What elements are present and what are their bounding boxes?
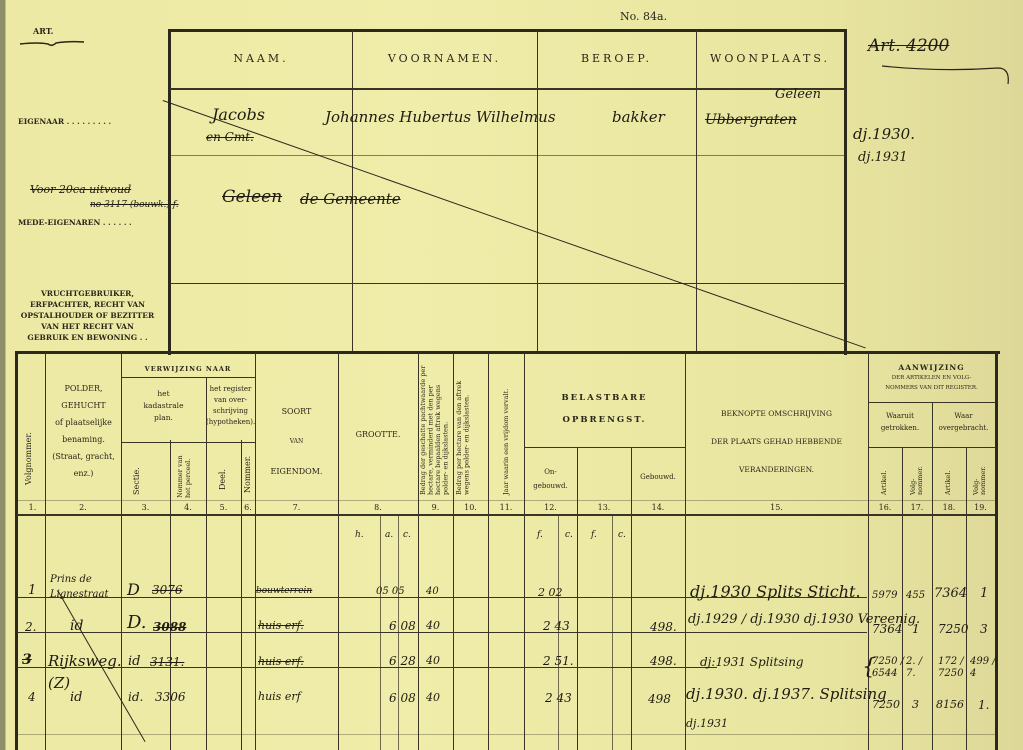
row1-soort: bouwterrein xyxy=(256,586,312,596)
col-artikel-16: Artikel. xyxy=(880,460,888,495)
col-volgnommer-19: Volg-nommer. xyxy=(973,455,989,495)
aanw-line-3: NOMMERS VAN DIT REGISTER. xyxy=(868,383,995,393)
vruchtgebruiker-label: VRUCHTGEBRUIKER, ERFPACHTER, RECHT VAN O… xyxy=(10,288,165,343)
aanw-r1-vn19: 1 xyxy=(980,586,988,601)
eigenaar-label: EIGENAAR . . . . . . . . . xyxy=(18,117,111,126)
row2-sectie: D. xyxy=(127,612,147,633)
waaruit-line-2: getrokken. xyxy=(868,422,932,434)
aanw-r3-vn19: 499 / 4 xyxy=(970,656,996,680)
aanw-r3-art18: 172 / 7250 xyxy=(938,656,968,680)
change-1: dj.1930 Splits Sticht. xyxy=(690,582,861,601)
register-page: ART. No. 84a. Art. 4200 dj.1930. dj.1931… xyxy=(0,0,1023,750)
owner-voornamen: Johannes Hubertus Wilhelmus xyxy=(325,108,556,126)
colnum-2: 2. xyxy=(45,503,121,512)
polder-line-3: of plaatselijke xyxy=(46,414,121,431)
row2-grootte-c: 40 xyxy=(426,619,440,632)
margin-article-note: Art. 4200 xyxy=(868,36,949,56)
omschr-line-3: VERANDERINGEN. xyxy=(685,456,868,484)
row1-nommer: 3076 xyxy=(152,583,183,597)
waar-line-1: Waar xyxy=(932,410,995,422)
col-vrijdom: Jaar waarin een vrijdom vervalt. xyxy=(502,365,510,495)
colnum-1: 1. xyxy=(20,503,45,512)
polder-line-2: GEHUCHT xyxy=(46,397,121,414)
mede-eigenaren-label: MEDE-EIGENAREN . . . . . . xyxy=(18,218,132,227)
row4-ongebouwd: 2 43 xyxy=(545,691,572,705)
row4-volg: 4 xyxy=(28,690,36,704)
row2-ongebouwd: 2 43 xyxy=(543,619,570,633)
unit-c1: c. xyxy=(565,530,573,540)
polder-line-6: enz.) xyxy=(46,465,121,482)
unit-h: h. xyxy=(355,530,364,540)
unit-f2: f. xyxy=(591,530,597,540)
aanwijzing-header: AANWIJZING DER ARTIKELEN EN VOLG- NOMMER… xyxy=(868,363,995,393)
mede-naam-struck: Geleen xyxy=(222,187,282,207)
col-soort-eigendom: SOORT VAN EIGENDOM. xyxy=(255,397,338,487)
row3-plaats: Rijksweg. (Z) xyxy=(48,650,123,694)
row2-soort: huis erf. xyxy=(258,619,304,632)
row1-volg: 1 xyxy=(28,583,36,598)
reg-line-3: schrijving xyxy=(206,406,255,417)
header-beroep: BEROEP. xyxy=(537,52,696,65)
col-polder: POLDER, GEHUCHT of plaatselijke benaming… xyxy=(46,380,121,482)
row2-nommer: 3088 xyxy=(153,620,186,634)
margin-date-1930: dj.1930. xyxy=(853,125,915,143)
verwijzing-naar: VERWIJZING NAAR xyxy=(121,365,255,373)
row3-ongebouwd: 2 51. xyxy=(543,654,574,668)
waar-overgebracht: Waar overgebracht. xyxy=(932,410,995,434)
belast-line-1: BELASTBARE xyxy=(524,387,685,409)
polder-line-5: (Straat, gracht, xyxy=(46,448,121,465)
reg-line-2: van over- xyxy=(206,395,255,406)
aanw-line-1: AANWIJZING xyxy=(868,363,995,373)
belastbare-opbrengst: BELASTBARE OPBRENGST. xyxy=(524,387,685,431)
aanw-r4-vn17: 3 xyxy=(912,698,919,711)
change-5: dj.1931 xyxy=(686,717,728,730)
margin-date-1931: dj.1931 xyxy=(858,150,908,165)
colnum-5: 5. xyxy=(206,503,241,512)
owner-woonplaats-added: Geleen xyxy=(775,87,821,102)
soort-line-2: VAN xyxy=(255,427,338,457)
aanw-r2-vn17: 1 xyxy=(912,622,920,636)
unit-c: c. xyxy=(403,530,411,540)
ongeb-line-2: gebouwd. xyxy=(524,479,577,493)
unit-a: a. xyxy=(385,530,393,540)
art-flourish-icon xyxy=(18,38,88,48)
change-3: dj:1931 Splitsing xyxy=(700,655,804,669)
aanw-line-2: DER ARTIKELEN EN VOLG- xyxy=(868,373,995,383)
unit-f1: f. xyxy=(537,530,543,540)
soort-line-1: SOORT xyxy=(255,397,338,427)
row4-sectie: id. xyxy=(128,690,143,704)
owner-woonplaats-struck: Ubbergraten xyxy=(705,112,797,128)
margin-flourish-icon xyxy=(880,60,1020,90)
kad-line-2: kadastrale xyxy=(121,400,206,412)
aanw-r1-vn17: 455 xyxy=(906,590,925,601)
aanw-r4-vn19: 1. xyxy=(978,698,989,712)
vrucht-line-4: VAN HET RECHT VAN xyxy=(10,321,165,332)
colnum-7: 7. xyxy=(255,503,338,512)
col-deel: Deel. xyxy=(218,465,227,490)
colnum-16: 16. xyxy=(868,503,902,512)
waaruit-line-1: Waaruit xyxy=(868,410,932,422)
row3-nommer: 3131. xyxy=(150,655,184,669)
col-aftrek: Bedrag per hectare van den aftrek wegens… xyxy=(456,360,484,495)
row3-grootte-a: 6 28 xyxy=(389,654,416,668)
colnum-8: 8. xyxy=(338,503,418,512)
polder-line-1: POLDER, xyxy=(46,380,121,397)
waar-line-2: overgebracht. xyxy=(932,422,995,434)
header-voornamen: VOORNAMEN. xyxy=(352,52,537,65)
col-volgnommer: Volgnommer. xyxy=(24,395,33,485)
ongeb-line-1: On- xyxy=(524,465,577,479)
colnum-13: 13. xyxy=(577,503,631,512)
row3-soort: huis erf. xyxy=(258,655,304,668)
owner-naam-struck: en Cmt. xyxy=(206,130,254,144)
vrucht-line-5: GEBRUIK EN BEWONING . . xyxy=(10,332,165,343)
belast-line-2: OPBRENGST. xyxy=(524,409,685,431)
row4-soort: huis erf xyxy=(258,690,301,703)
vrucht-line-2: ERFPACHTER, RECHT VAN xyxy=(10,299,165,310)
row4-nommer: 3306 xyxy=(155,690,186,704)
crossed-note-line2: no 3117 (bouwk.) f. xyxy=(90,200,179,210)
col-ongebouwd: On- gebouwd. xyxy=(524,465,577,493)
polder-line-4: benaming. xyxy=(46,431,121,448)
col-nommer: Nommer. xyxy=(243,455,252,493)
aanw-r2-vn19: 3 xyxy=(980,622,988,636)
col-gebouwd: Gebouwd. xyxy=(631,473,685,481)
omschr-line-1: BEKNOPTE OMSCHRIJVING xyxy=(685,400,868,428)
aanw-r2-art16: 7364 xyxy=(872,622,903,636)
colnum-12: 12. xyxy=(524,503,577,512)
row4-plaats: id xyxy=(70,690,82,705)
colnum-18: 18. xyxy=(932,503,966,512)
owner-beroep: bakker xyxy=(612,108,665,126)
crossed-note-line1: Voor 20ca uitvoud xyxy=(30,183,131,196)
colnum-6: 6. xyxy=(241,503,255,512)
col-omschrijving: BEKNOPTE OMSCHRIJVING DER PLAATS GEHAD H… xyxy=(685,400,868,484)
colnum-9: 9. xyxy=(418,503,453,512)
cancel-diagonal-line xyxy=(163,100,866,348)
colnum-3: 3. xyxy=(121,503,170,512)
row2-grootte-a: 6 08 xyxy=(389,619,416,633)
col-grootte: GROOTTE. xyxy=(338,430,418,439)
mede-voornamen-struck: de Gemeente xyxy=(300,190,401,208)
row3-volg: 3 xyxy=(22,652,32,668)
waaruit-getrokken: Waaruit getrokken. xyxy=(868,410,932,434)
art-label: ART. xyxy=(33,26,53,36)
change-4: dj.1930. dj.1937. Splitsing xyxy=(686,685,887,703)
kad-line-1: het xyxy=(121,388,206,400)
unit-c2: c. xyxy=(618,530,626,540)
row3-sectie: id xyxy=(128,654,140,669)
row1-grootte-c: 40 xyxy=(426,586,439,597)
row2-gebouwd: 498. xyxy=(650,620,677,634)
row4-grootte-c: 40 xyxy=(426,691,440,704)
aanw-r3-vn17: 2. / 7. xyxy=(906,656,932,680)
kad-line-3: plan. xyxy=(121,412,206,424)
col-nommer-perceel: Nommer van het perceel. xyxy=(176,450,200,498)
colnum-15: 15. xyxy=(685,503,868,512)
row3-grootte-c: 40 xyxy=(426,654,440,667)
reg-line-4: (hypotheken). xyxy=(206,417,255,428)
header-woonplaats: WOONPLAATS. xyxy=(696,52,844,65)
colnum-11: 11. xyxy=(488,503,524,512)
row2-volg: 2. xyxy=(25,620,36,634)
vrucht-line-1: VRUCHTGEBRUIKER, xyxy=(10,288,165,299)
soort-line-3: EIGENDOM. xyxy=(255,457,338,487)
vrucht-line-3: OPSTALHOUDER OF BEZITTER xyxy=(10,310,165,321)
col-pachtwaarde: Bedrag der geschatte pachtwaarde per hec… xyxy=(420,360,452,495)
reg-line-1: het register xyxy=(206,384,255,395)
row3-gebouwd: 498. xyxy=(650,654,677,668)
col-sectie: Sectie. xyxy=(132,460,141,495)
row1-sectie: D xyxy=(127,580,140,599)
page-number: No. 84a. xyxy=(620,10,667,23)
aanw-r4-art16: 7250 xyxy=(872,698,900,711)
register-hypotheken: het register van over- schrijving (hypot… xyxy=(206,384,255,428)
omschr-line-2: DER PLAATS GEHAD HEBBENDE xyxy=(685,428,868,456)
colnum-10: 10. xyxy=(453,503,488,512)
aanw-r1-art16: 5979 xyxy=(872,590,897,601)
aanw-r4-art18: 8156 xyxy=(936,698,964,711)
row4-grootte-a: 6 08 xyxy=(389,691,416,705)
colnum-19: 19. xyxy=(966,503,995,512)
aanw-r2-art18: 7250 xyxy=(938,622,969,636)
kadastrale-plan: het kadastrale plan. xyxy=(121,388,206,424)
aanw-r3-art16: 7250 / 6544 xyxy=(872,656,904,680)
header-naam: NAAM. xyxy=(170,52,352,65)
col-volgnommer-17: Volg-nommer. xyxy=(910,455,926,495)
row1-ongebouwd: 2 02 xyxy=(538,586,563,599)
row4-gebouwd: 498 xyxy=(648,692,671,706)
aanw-r1-art18: 7364 xyxy=(934,586,967,601)
colnum-17: 17. xyxy=(902,503,932,512)
row1-grootte-a: 05 05 xyxy=(376,586,405,597)
col-artikel-18: Artikel. xyxy=(944,460,952,495)
colnum-4: 4. xyxy=(170,503,206,512)
colnum-14: 14. xyxy=(631,503,685,512)
